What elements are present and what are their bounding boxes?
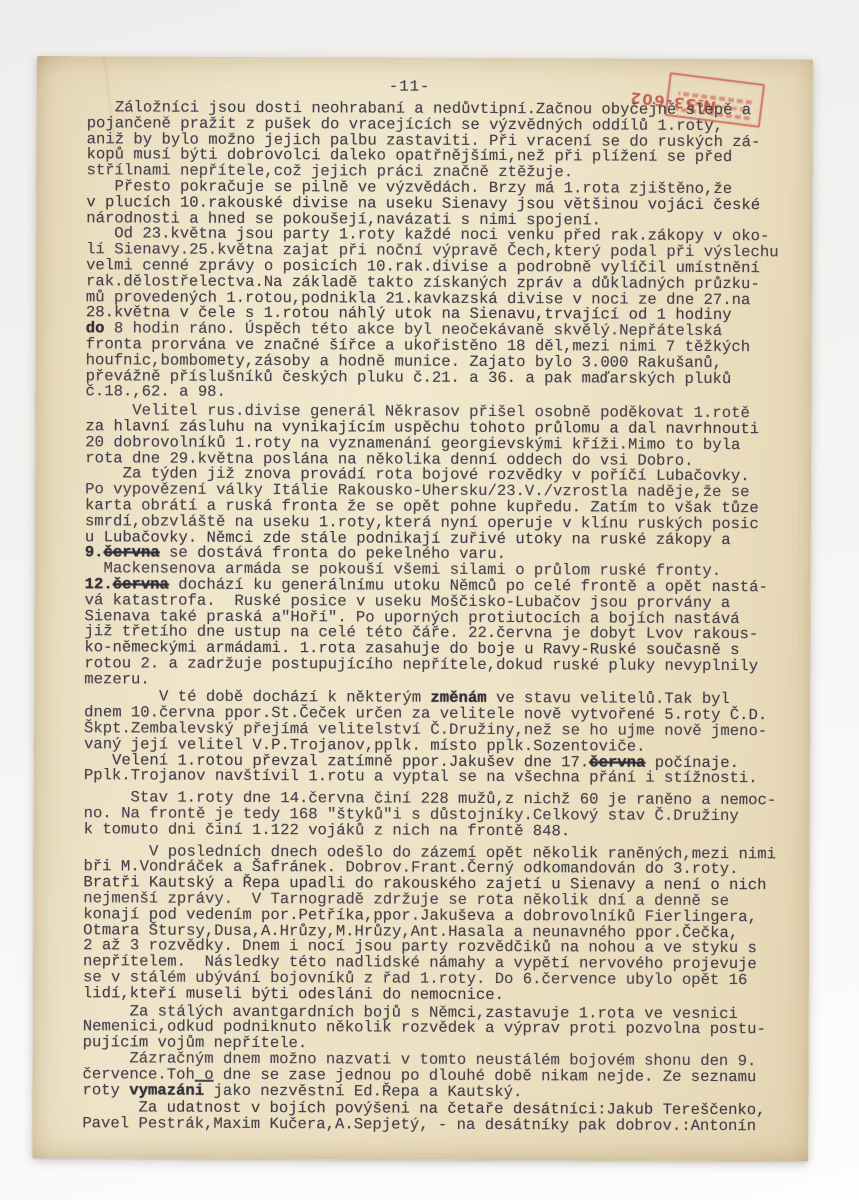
text-line: Pplk.Trojanov navštívil 1.rotu a vyptal … [84, 769, 796, 788]
desk-background: -11- №53-602 Záložníci jsou dosti neohra… [0, 0, 859, 1200]
typewritten-text: Záložníci jsou dosti neohrabaní a nedůvt… [82, 100, 798, 1135]
text-line: Pavel Pestrák,Maxim Kučera,A.Sepjetý, - … [82, 1116, 794, 1135]
page-number: -11- [389, 78, 431, 96]
document-page: -11- №53-602 Záložníci jsou dosti neohra… [32, 56, 813, 1161]
text-line: rotou 2. a zadržuje postupujícího nepřít… [84, 656, 796, 675]
